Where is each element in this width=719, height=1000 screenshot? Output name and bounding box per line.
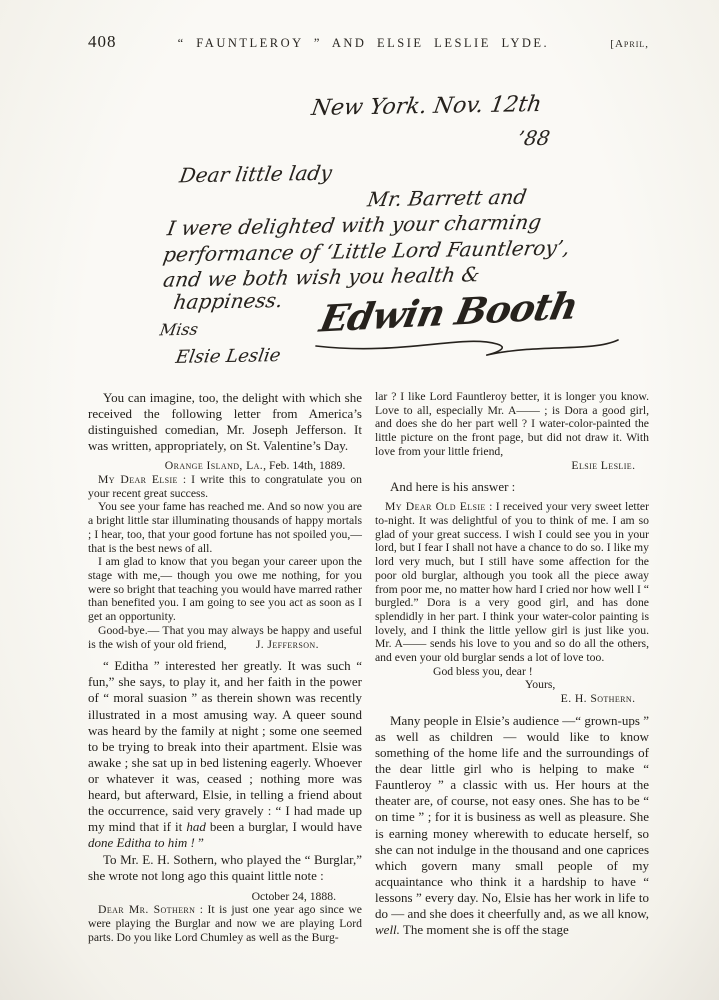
issue-month-label: [April,	[610, 38, 649, 50]
page-number: 408	[88, 32, 117, 52]
handwritten-salutation: Dear little lady	[178, 161, 334, 188]
letter-signature: Elsie Leslie.	[375, 459, 649, 473]
handwritten-line: performance of ‘Little Lord Fauntleroy’,	[162, 235, 572, 266]
running-title: “ FAUNTLEROY ” AND ELSIE LESLIE LYDE.	[117, 36, 611, 51]
handwritten-line: Mr. Barrett and	[366, 185, 528, 212]
handwritten-line: happiness.	[172, 288, 285, 314]
letter-blessing: God bless you, dear !	[375, 665, 649, 679]
article-body: You can imagine, too, the delight with w…	[88, 390, 650, 965]
handwritten-line: and we both wish you health &	[162, 262, 482, 291]
letter-dateline: Orange Island, La., Feb. 14th, 1889.	[88, 459, 362, 473]
jefferson-letter: Orange Island, La., Feb. 14th, 1889. My …	[88, 459, 362, 651]
magazine-page: 408 “ FAUNTLEROY ” AND ELSIE LESLIE LYDE…	[0, 0, 719, 1000]
right-column: lar ? I like Lord Fauntleroy better, it …	[375, 390, 649, 965]
paragraph-sothern-intro: To Mr. E. H. Sothern, who played the “ B…	[88, 852, 362, 884]
paragraph-editha: “ Editha ” interested her greatly. It wa…	[88, 658, 362, 851]
letter-paragraph: My Dear Elsie : I write this to congratu…	[88, 473, 362, 500]
handwritten-addressee-title: Miss	[158, 320, 199, 340]
paragraph-intro: You can imagine, too, the delight with w…	[88, 390, 362, 454]
letter-valediction: Yours,	[375, 678, 649, 692]
handwritten-line: I were delighted with your charming	[166, 210, 544, 241]
letter-signature: E. H. Sothern.	[375, 692, 649, 706]
page-header: 408 “ FAUNTLEROY ” AND ELSIE LESLIE LYDE…	[88, 32, 649, 52]
left-column: You can imagine, too, the delight with w…	[88, 390, 362, 965]
letter-paragraph: You see your fame has reached me. And so…	[88, 500, 362, 555]
handwritten-dateline: New York. Nov. 12th	[310, 92, 544, 121]
sothern-letter: My Dear Old Elsie : I received your very…	[375, 500, 649, 706]
handwritten-year: ’88	[516, 126, 552, 151]
handwritten-addressee-name: Elsie Leslie	[174, 345, 282, 368]
letter-paragraph: Dear Mr. Sothern : It is just one year a…	[88, 903, 362, 944]
letter-paragraph: My Dear Old Elsie : I received your very…	[375, 500, 649, 664]
paragraph-closing: Many people in Elsie’s audience —“ grown…	[375, 713, 649, 938]
letter-paragraph: I am glad to know that you began your ca…	[88, 555, 362, 624]
letter-paragraph: lar ? I like Lord Fauntleroy better, it …	[375, 390, 649, 459]
note-letter: October 24, 1888. Dear Mr. Sothern : It …	[88, 890, 362, 945]
letter-dateline: October 24, 1888.	[88, 890, 362, 904]
signature-flourish	[312, 332, 622, 360]
letter-paragraph: Good-bye.— That you may always be happy …	[88, 624, 362, 651]
paragraph-answer-intro: And here is his answer :	[375, 479, 649, 495]
handwritten-letter-facsimile: New York. Nov. 12th ’88 Dear little lady…	[60, 86, 630, 378]
note-letter-continued: lar ? I like Lord Fauntleroy better, it …	[375, 390, 649, 472]
